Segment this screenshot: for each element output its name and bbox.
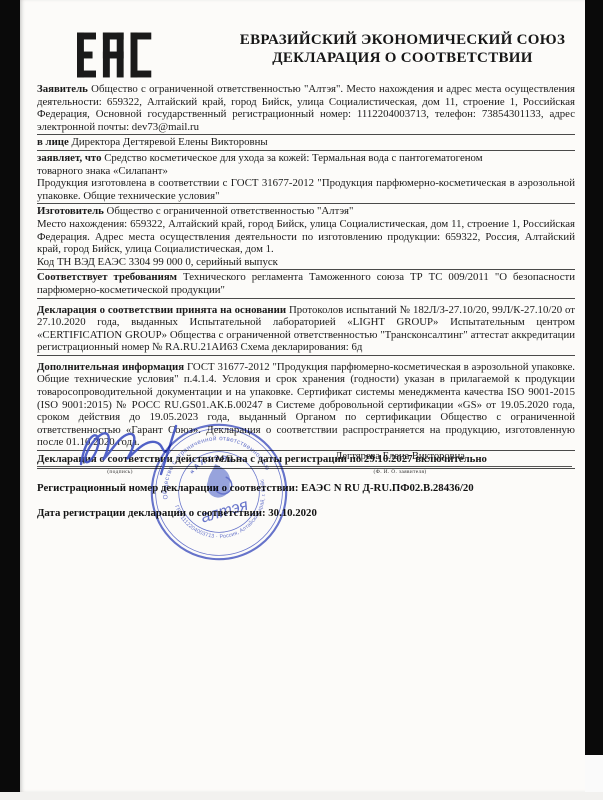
basis-label: Декларация о соответствии принята на осн… <box>37 304 286 316</box>
product-gost: Продукция изготовлена в соответствии с Г… <box>37 177 575 202</box>
declares-label: заявляет, что <box>37 152 102 164</box>
person-text: Директора Дегтяревой Елены Викторовны <box>72 136 268 148</box>
additional-info-label: Дополнительная информация <box>37 361 184 373</box>
manufacturer-label: Изготовитель <box>37 205 104 217</box>
document-page: ЕВРАЗИЙСКИЙ ЭКОНОМИЧЕСКИЙ СОЮЗ ДЕКЛАРАЦИ… <box>20 0 585 792</box>
applicant-text: Общество с ограниченной ответственностью… <box>37 83 575 133</box>
manufacturer-name: Общество с ограниченной ответственностью… <box>107 205 354 217</box>
declaration-body: Заявитель Общество с ограниченной ответс… <box>37 82 575 469</box>
applicant-fio: Дегтярева Елена Викторовна <box>270 451 530 462</box>
fio-line <box>250 466 572 467</box>
stamp-logo-swirl <box>201 461 234 500</box>
section-conforms: Соответствует требованиям Технического р… <box>37 270 575 298</box>
section-declares: заявляет, что Средство косметическое для… <box>37 151 575 204</box>
manufacturer-address: Место нахождения: 659322, Алтайский край… <box>37 218 575 255</box>
registration-number-value: ЕАЭС N RU Д-RU.ПФ02.В.28436/20 <box>301 482 474 494</box>
title-declaration: ДЕКЛАРАЦИЯ О СООТВЕТСТВИИ <box>230 49 575 67</box>
product-trademark: товарного знака «Силапант» <box>37 165 575 178</box>
section-applicant: Заявитель Общество с ограниченной ответс… <box>37 82 575 135</box>
fio-caption: (Ф. И. О. заявителя) <box>270 469 530 475</box>
person-label: в лице <box>37 136 69 148</box>
section-basis: Декларация о соответствии принята на осн… <box>37 303 575 356</box>
manufacturer-tnved: Код ТН ВЭД ЕАЭС 3304 99 000 0, серийный … <box>37 256 278 268</box>
title-union: ЕВРАЗИЙСКИЙ ЭКОНОМИЧЕСКИЙ СОЮЗ <box>230 31 575 49</box>
applicant-label: Заявитель <box>37 83 88 95</box>
product-name: Средство косметическое для ухода за коже… <box>104 152 482 164</box>
section-manufacturer: Изготовитель Общество с ограниченной отв… <box>37 204 575 270</box>
page-bottom-shadow <box>0 792 603 800</box>
stamp-center-name: алтэя <box>199 496 250 527</box>
page-edge <box>585 755 603 792</box>
conforms-label: Соответствует требованиям <box>37 271 177 283</box>
page-title: ЕВРАЗИЙСКИЙ ЭКОНОМИЧЕСКИЙ СОЮЗ ДЕКЛАРАЦИ… <box>230 31 575 67</box>
eac-logo <box>77 31 153 79</box>
section-person: в лице Директора Дегтяревой Елены Виктор… <box>37 135 575 151</box>
